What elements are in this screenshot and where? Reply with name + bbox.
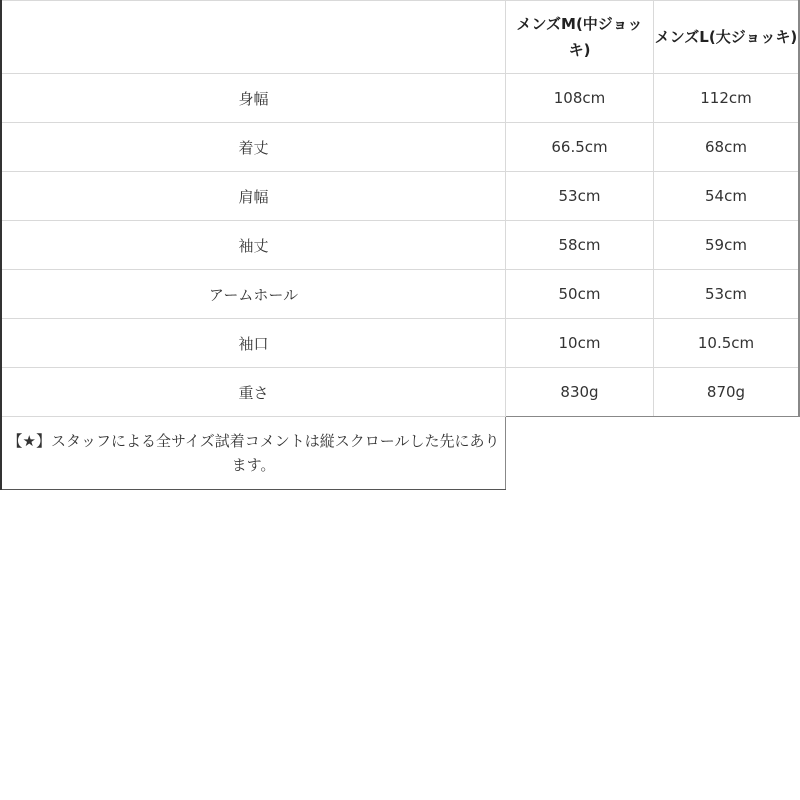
value-l: 59cm bbox=[654, 221, 800, 270]
table-row: 重さ 830g 870g bbox=[1, 368, 799, 417]
row-label: アームホール bbox=[1, 270, 506, 319]
table-row: 袖丈 58cm 59cm bbox=[1, 221, 799, 270]
row-label: 重さ bbox=[1, 368, 506, 417]
value-l: 54cm bbox=[654, 172, 800, 221]
header-mens-l: メンズL(大ジョッキ) bbox=[654, 1, 800, 74]
value-m: 830g bbox=[506, 368, 654, 417]
row-label: 肩幅 bbox=[1, 172, 506, 221]
value-m: 50cm bbox=[506, 270, 654, 319]
value-m: 108cm bbox=[506, 74, 654, 123]
table-row: 肩幅 53cm 54cm bbox=[1, 172, 799, 221]
value-l: 112cm bbox=[654, 74, 800, 123]
note-row: 【★】スタッフによる全サイズ試着コメントは縦スクロールした先にあります。 bbox=[1, 417, 799, 490]
empty-space bbox=[506, 417, 800, 490]
header-mens-m: メンズM(中ジョッキ) bbox=[506, 1, 654, 74]
table-row: 袖口 10cm 10.5cm bbox=[1, 319, 799, 368]
row-label: 袖口 bbox=[1, 319, 506, 368]
table-header-row: メンズM(中ジョッキ) メンズL(大ジョッキ) bbox=[1, 1, 799, 74]
value-m: 53cm bbox=[506, 172, 654, 221]
value-l: 10.5cm bbox=[654, 319, 800, 368]
value-m: 58cm bbox=[506, 221, 654, 270]
size-table: メンズM(中ジョッキ) メンズL(大ジョッキ) 身幅 108cm 112cm 着… bbox=[0, 0, 800, 490]
header-blank bbox=[1, 1, 506, 74]
value-l: 53cm bbox=[654, 270, 800, 319]
table-row: アームホール 50cm 53cm bbox=[1, 270, 799, 319]
value-l: 68cm bbox=[654, 123, 800, 172]
table-row: 着丈 66.5cm 68cm bbox=[1, 123, 799, 172]
row-label: 袖丈 bbox=[1, 221, 506, 270]
fitting-comment-note: 【★】スタッフによる全サイズ試着コメントは縦スクロールした先にあります。 bbox=[1, 417, 506, 490]
value-m: 66.5cm bbox=[506, 123, 654, 172]
row-label: 着丈 bbox=[1, 123, 506, 172]
table-row: 身幅 108cm 112cm bbox=[1, 74, 799, 123]
value-m: 10cm bbox=[506, 319, 654, 368]
value-l: 870g bbox=[654, 368, 800, 417]
row-label: 身幅 bbox=[1, 74, 506, 123]
